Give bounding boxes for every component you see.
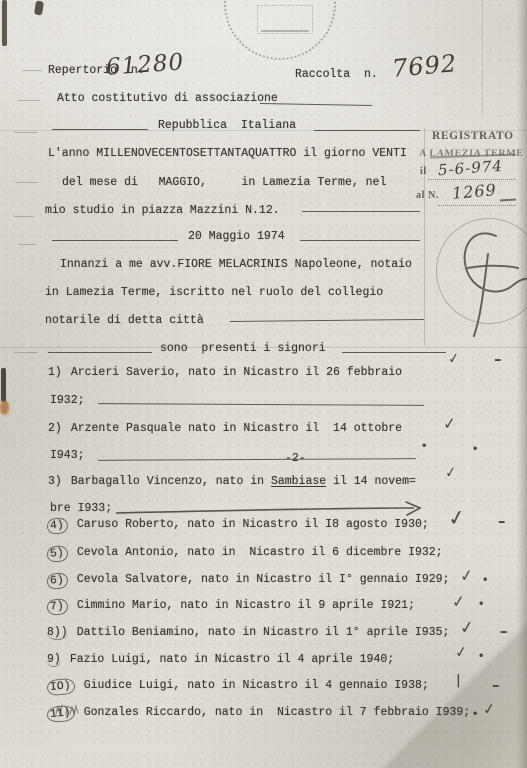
attendee-row: 3) Barbagallo Vincenzo, nato in Sambiase… (48, 475, 416, 488)
checkmark: ✓ (446, 507, 467, 531)
attendee-number: 9) (47, 653, 61, 667)
intro-line-1: L'anno MILLENOVECENTOSETTANTAQUATTRO il … (48, 147, 407, 161)
presenti-post-line (342, 352, 446, 353)
registration-n-dotline (438, 204, 516, 206)
registration-il-label: il (420, 166, 427, 177)
checkmark: ✓ (454, 644, 469, 661)
attendee-text: Arzente Pasquale nato in Nicastro il 14 … (71, 422, 402, 435)
bar-mark: | (456, 674, 461, 687)
dot-mark: • (472, 710, 478, 720)
attendee-number-circled: 7) (46, 598, 68, 616)
presenti-pre-line (48, 352, 152, 353)
republic-post-line (314, 130, 420, 131)
margin-tick (18, 244, 36, 245)
attendee-number: 8)) (47, 626, 68, 640)
margin-tick (18, 100, 40, 101)
intro-line-5: in Lamezia Terme, iscritto nel ruolo del… (45, 286, 383, 300)
registration-date-handwritten: 5-6-974 (437, 157, 503, 179)
attendee-text: Giudice Luigi, nato in Nicastro il 4 gen… (84, 679, 429, 692)
attendee-text-pre: Barbagallo Vincenzo, nato in (71, 475, 271, 488)
notary-round-stamp-line (261, 30, 309, 32)
raccolta-label: Raccolta n. (295, 68, 378, 82)
intro-line-2: del mese di MAGGIO, in Lamezia Terme, ne… (62, 176, 386, 190)
margin-tick (16, 182, 38, 183)
attendee-row: 4) Caruso Roberto, nato in Nicastro il I… (47, 518, 429, 534)
raccolta-number-handwritten: 7692 (391, 49, 458, 83)
margin-tick (14, 216, 34, 217)
binding-mark (1, 368, 6, 402)
registration-stamp: REGISTRATO A LAMEZIA TERME il 5-6-974 al… (416, 126, 522, 222)
binding-mark (34, 1, 44, 16)
dot-mark: • (478, 652, 484, 662)
attendee-row: 1) Arcieri Saverio, nato in Nicastro il … (48, 366, 402, 379)
attendee-number: 2) (48, 422, 62, 435)
checkmark: ✓ (447, 351, 461, 366)
attendee-text: Arcieri Saverio, nato in Nicastro il 26 … (71, 366, 402, 379)
attendee-birthplace-underlined: Sambiase (271, 475, 326, 488)
attendee-text-cont: bre I933; (50, 502, 112, 516)
handwritten-paraph-icon (448, 224, 527, 342)
attendee-text-cont: I943; (50, 449, 85, 463)
attendee-text: Cevola Salvatore, nato in Nicastro il I°… (77, 573, 450, 586)
repertorio-number-handwritten: 61280 (105, 49, 185, 80)
registration-number-handwritten: 1269 (451, 180, 497, 203)
registration-number-tail (500, 198, 516, 201)
margin-tick (14, 132, 38, 133)
margin-tick (14, 352, 38, 353)
scanned-notarial-act-page: Repertorio n. 61280 Raccolta n. 7692 Att… (0, 0, 527, 768)
republic-heading: Repubblica Italiana (158, 119, 296, 133)
registration-n-label: al N. (416, 190, 439, 201)
attendee-number-circled: 6) (46, 572, 68, 590)
dash-mark: – (492, 678, 500, 693)
attendee-text: Cimmino Mario, nato in Nicastro il 9 apr… (77, 599, 415, 612)
attendee-text: Dattilo Beniamino, nato in Nicastro il 1… (77, 626, 450, 639)
checkmark: ✓ (459, 567, 475, 585)
republic-pre-line (52, 129, 148, 130)
rust-spot (0, 400, 9, 415)
checkmark: ✓ (444, 465, 458, 481)
dot-mark: • (472, 445, 478, 455)
entry-underline (98, 403, 424, 406)
dash-mark: – (498, 514, 506, 529)
document-title: Atto costitutivo di associazione (57, 92, 278, 106)
attendee-row: 9) Fazio Luigi, nato in Nicastro il 4 ap… (47, 653, 394, 667)
attendee-number-circled: IO) (46, 678, 75, 696)
checkmark: ✓ (442, 415, 457, 432)
intro-line-3: mio studio in piazza Mazzini N.12. (45, 204, 280, 218)
attendee-number-circled: 5) (46, 545, 68, 563)
margin-scribble-icon (54, 700, 84, 722)
studio-post-line (302, 211, 420, 212)
attendee-row: 7) Cimmino Mario, nato in Nicastro il 9 … (47, 599, 415, 615)
attendee-row: 6) Cevola Salvatore, nato in Nicastro il… (47, 573, 449, 589)
attendee-number: 1) (48, 366, 62, 379)
attendee-text: Gonzales Riccardo, nato in Nicastro il 7… (84, 706, 470, 719)
margin-rule (482, 0, 483, 116)
act-date: 20 Maggio 1974 (188, 230, 285, 244)
dash-mark: – (494, 352, 502, 367)
checkmark: ✓ (451, 593, 466, 610)
attendee-row: IO) Giudice Luigi, nato in Nicastro il 4… (47, 679, 429, 695)
dot-mark: • (482, 576, 488, 586)
margin-tick (22, 70, 42, 71)
attendee-row: 11) Gonzales Riccardo, nato in Nicastro … (47, 706, 470, 722)
checkmark: ✓ (459, 619, 475, 638)
citta-post-line (230, 319, 424, 322)
registration-stamp-line1: REGISTRATO (432, 130, 514, 142)
attendee-text-post: il 14 novem= (326, 475, 416, 488)
attendee-text: Caruso Roberto, nato in Nicastro il I8 a… (77, 518, 429, 531)
attendee-text: Fazio Luigi, nato in Nicastro il 4 april… (70, 653, 394, 666)
date-pre-line (52, 240, 178, 241)
attendee-text: Barbagallo Vincenzo, nato in Sambiase il… (71, 475, 416, 488)
attendee-row: 5) Cevola Antonio, nato in Nicastro il 6… (47, 546, 443, 562)
entry-underline (98, 458, 416, 461)
checkmark: ✓ (482, 701, 497, 718)
dot-mark: • (421, 442, 427, 452)
dash-mark: – (500, 624, 508, 639)
attendee-number-circled: 4) (46, 517, 68, 535)
page-number-marker: -2- (285, 452, 306, 466)
intro-line-6: notarile di detta città (45, 314, 204, 328)
binding-mark (2, 0, 7, 46)
intro-line-7: sono presenti i signori (160, 342, 326, 356)
attendee-row: 8)) Dattilo Beniamino, nato in Nicastro … (47, 626, 449, 640)
attendee-row: 2) Arzente Pasquale nato in Nicastro il … (48, 422, 402, 435)
attendee-number: 3) (48, 475, 62, 488)
intro-line-4: Innanzi a me avv.FIORE MELACRINIS Napole… (60, 258, 412, 272)
date-post-line (300, 240, 420, 241)
dot-mark: • (478, 600, 484, 610)
attendee-text: Cevola Antonio, nato in Nicastro il 6 di… (77, 546, 443, 559)
arrow-underline-icon (116, 500, 431, 518)
attendee-text-cont: I932; (50, 394, 85, 408)
